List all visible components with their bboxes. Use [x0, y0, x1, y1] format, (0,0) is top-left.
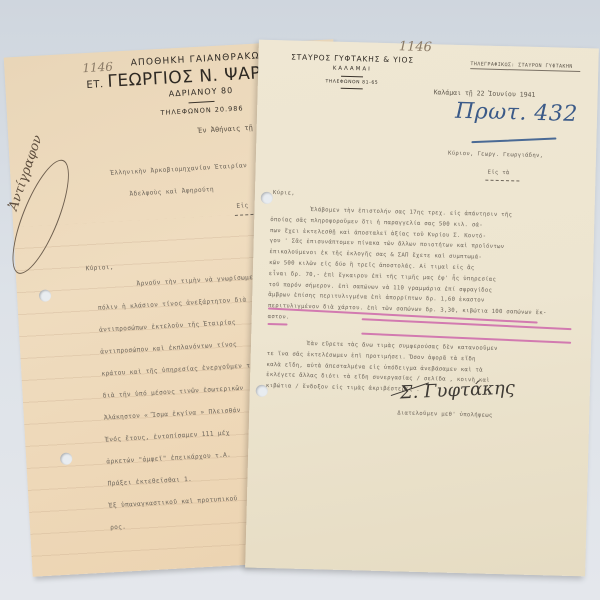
- body-line: Ἐὰν εὕρετε τὰς ἄνω τιμὰς συμφερούσας δὲν…: [307, 341, 498, 352]
- signature: Σ. Γυφτάκης: [399, 377, 515, 403]
- right-letter: 1146 ΣΤΑΥΡΟΣ ΓΥΦΤΑΚΗΣ & ΥΙΟΣ ΚΑΛΑΜΑΙ ΤΗΛ…: [245, 40, 599, 577]
- letterhead-phone: ΤΗΛΕΦΩΝΟΝ 81-65: [272, 78, 432, 87]
- body-line: ὁποίας σᾶς πληροφοροῦμεν ὅτι ἡ παραγγελί…: [270, 217, 483, 229]
- recipient-city: Εἰς: [236, 202, 248, 210]
- pencil-archive-number: 1146: [399, 39, 432, 55]
- punch-hole: [261, 192, 273, 204]
- body-line: καλὰ εἴδη, αὐτὰ ἀπεσταλμένα εἰς ὑπόδειγμ…: [266, 362, 482, 374]
- letterhead-prefix: ΕΤ.: [86, 79, 104, 91]
- highlight-underline: [362, 318, 572, 329]
- body-line: ρος.: [110, 524, 126, 532]
- body-line: αστον.: [268, 314, 290, 321]
- body-line: κῶν 500 κιλῶν εἰς δύο ἢ τρεῖς ἀποστολάς.…: [269, 260, 474, 271]
- body-line: πων ἔχει ἐκτελεσθῇ καὶ ἀποσταλεῖ ἀξίας τ…: [270, 228, 486, 240]
- letter-date: Καλάμαι τῇ 22 Ἰουνίου 1941: [434, 88, 536, 99]
- recipient-city: Εἰς τὰ: [487, 170, 509, 177]
- letterhead: ΣΤΑΥΡΟΣ ΓΥΦΤΑΚΗΣ & ΥΙΟΣ ΚΑΛΑΜΑΙ ΤΗΛΕΦΩΝΟ…: [272, 52, 433, 91]
- body-line: κιβώτια / ἔνδοξον εἰς τιμὰς ἀκριβέστερες…: [266, 383, 420, 393]
- recipient-line: Ἀδελφοὺς καὶ Ἀφηρούτη: [129, 186, 214, 198]
- punch-hole: [256, 385, 268, 397]
- recipient-line: Ἑλληνικὴν Ἀρκοβιομηχανίαν Ἑταιρίαν: [110, 162, 247, 177]
- divider: [485, 180, 519, 182]
- highlight-underline: [361, 333, 571, 344]
- divider: [341, 76, 363, 78]
- recipient-line: Κύριον, Γεωργ. Γεωργιάδην,: [448, 151, 543, 159]
- date-prefix: Ἐν Ἀθήναις τῇ: [198, 124, 253, 135]
- closing: Διατελοῦμεν μεθ' ὑπολήψεως: [397, 410, 492, 418]
- protocol-number: Πρωτ. 432: [455, 99, 578, 127]
- body-line: ἄμβρων ἐπίσης περιτυλιγμένα ἐπὶ ἀπορρίπτ…: [268, 292, 484, 304]
- body-line: γου ' Σᾶς ἐπισυνάπτομεν πίνακα τῶν ἄλλων…: [270, 238, 505, 250]
- body-line: ἐπικαλούμενοι ἐκ τῆς ἐκλογῆς σας & ΣΑΠ ἔ…: [269, 249, 482, 261]
- body-line: τοῦ παρόν σήμερον. ἐπὶ σαπώνων νὰ 110 γρ…: [268, 282, 492, 294]
- highlight-underline: [268, 323, 288, 325]
- body-line: Ἐλάβομεν τὴν ἐπιστολήν σας 17ης τρεχ. εἰ…: [310, 207, 512, 218]
- greeting: Κύριε,: [273, 190, 295, 197]
- protocol-underline: [471, 137, 556, 143]
- divider: [189, 101, 215, 103]
- divider: [341, 88, 363, 90]
- body-line: εἶναι δρ. 70,- ἐπὶ ἔγκαιρου ἐπὶ τῆς τιμῆ…: [269, 271, 496, 283]
- body-line: τε ἵνα σᾶς ἐκτελέσωμεν ἐπὶ προτιμήσει. Ὅ…: [267, 351, 476, 362]
- letterhead-city: ΚΑΛΑΜΑΙ: [272, 64, 432, 74]
